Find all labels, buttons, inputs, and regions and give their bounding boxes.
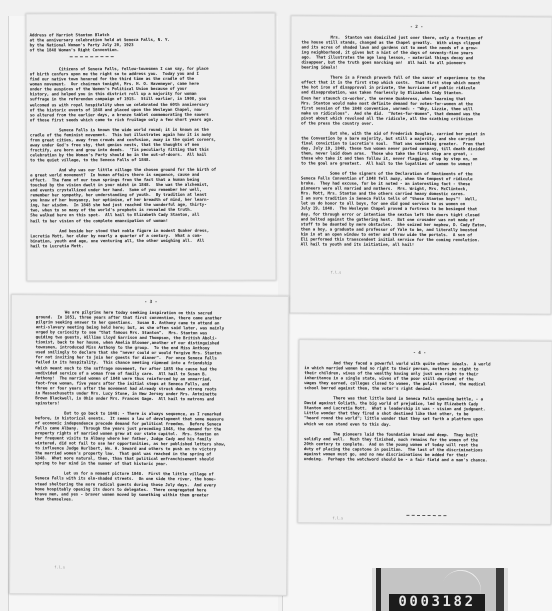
- title-block: Address of Harriot Stanton Blatch at the…: [30, 32, 216, 53]
- page-footnote: f.l.s: [331, 271, 342, 275]
- paragraph: But she, with the aid of Frederick Dougl…: [301, 130, 531, 166]
- paragraph: And they faced a powerful world with qui…: [304, 360, 534, 392]
- page-1-body: Citizens of Seneca Falls, fellow-townsme…: [30, 66, 217, 248]
- counter-housing: 0003182: [376, 568, 504, 611]
- paragraph: There is a French proverb full of the sa…: [301, 75, 531, 126]
- page-4: - 4 - And they faced a powerful world wi…: [297, 339, 552, 525]
- paragraph: There was that little band in Seneca Fal…: [304, 395, 534, 427]
- paragraph: But to go back to 1848: - There is alway…: [35, 410, 265, 467]
- end-divider: [406, 515, 446, 516]
- page-1: Address of Harriot Stanton Blatch at the…: [26, 13, 277, 282]
- paragraph: Citizens of Seneca Falls, fellow-townsme…: [30, 66, 216, 122]
- paragraph: And why was our little village the chose…: [30, 167, 216, 223]
- page-footnote: f.l.s: [332, 516, 343, 520]
- paragraph: We are pilgrims here today seeking inspi…: [35, 309, 266, 406]
- paragraph: Mrs. Stanton was domiciled just over the…: [301, 34, 531, 70]
- paragraph: The pioneers laid the foundation broad a…: [304, 431, 534, 463]
- paragraph: Let us for a moment picture 1848. First …: [35, 471, 265, 503]
- page-number: - 2 -: [302, 24, 532, 30]
- page-2: - 2 - Mrs. Stanton was domiciled just ov…: [289, 15, 552, 314]
- paragraph: Some of the signers of the Declaration o…: [301, 171, 531, 248]
- page-footnote: f.l.s: [54, 565, 65, 569]
- paragraph: Seneca Falls is known the wide world rou…: [30, 126, 216, 162]
- page-number: - 4 -: [305, 350, 535, 357]
- counter-digits: 0003182: [389, 594, 485, 611]
- paragraph: And beside her stood that noble figure i…: [30, 227, 216, 248]
- frame-counter: 0003182: [372, 568, 508, 611]
- title-divider: [70, 56, 114, 57]
- page-3: - 3 - We are pilgrims here today seeking…: [9, 294, 289, 596]
- page-number: - 3 -: [36, 299, 266, 305]
